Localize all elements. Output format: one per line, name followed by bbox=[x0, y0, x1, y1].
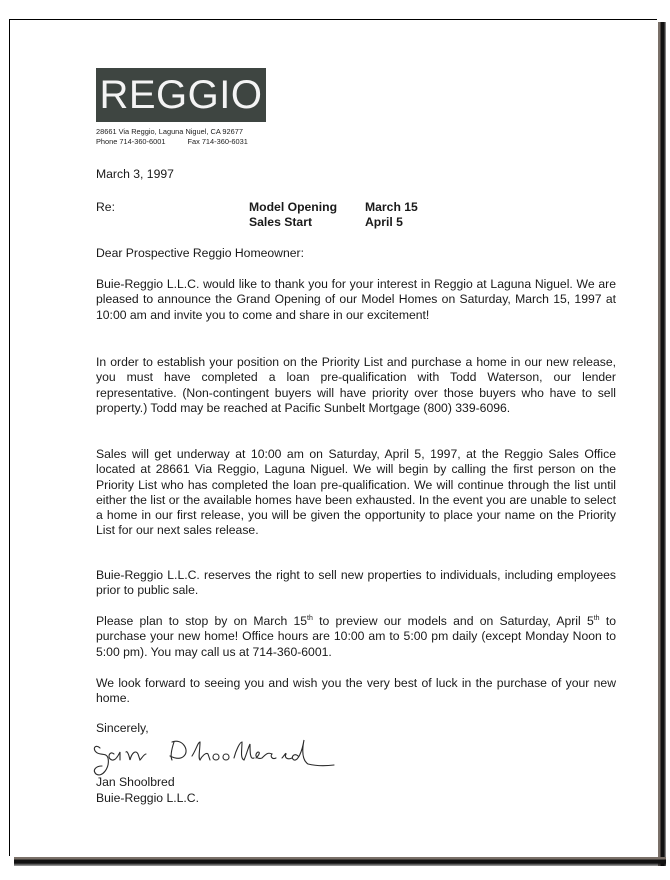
paragraph-sales-start: Sales will get underway at 10:00 am on S… bbox=[96, 447, 616, 539]
letterhead-address-block: 28661 Via Reggio, Laguna Niguel, CA 9267… bbox=[96, 127, 248, 147]
re-event: Model Opening bbox=[249, 200, 365, 215]
signer-name: Jan Shoolbred bbox=[96, 775, 175, 790]
letterhead-phone: Phone 714-360-6001 bbox=[96, 137, 165, 146]
letterhead-address: 28661 Via Reggio, Laguna Niguel, CA 9267… bbox=[96, 127, 248, 137]
re-date: April 5 bbox=[365, 215, 403, 230]
logo-text: REGGIO bbox=[99, 75, 262, 115]
re-subject-table: Model Opening March 15 Sales Start April… bbox=[249, 200, 418, 230]
text-segment: Please plan to stop by on March 15 bbox=[96, 614, 307, 628]
re-label: Re: bbox=[96, 200, 115, 215]
signer-company: Buie-Reggio L.L.C. bbox=[96, 791, 199, 806]
salutation: Dear Prospective Reggio Homeowner: bbox=[96, 246, 304, 261]
page-shadow-right bbox=[658, 22, 666, 866]
re-row: Sales Start April 5 bbox=[249, 215, 418, 230]
paragraph-grand-opening: Buie-Reggio L.L.C. would like to thank y… bbox=[96, 277, 616, 323]
paragraph-visit-invitation: Please plan to stop by on March 15th to … bbox=[96, 614, 616, 660]
paragraph-closing-wish: We look forward to seeing you and wish y… bbox=[96, 676, 616, 707]
text-segment: to preview our models and on Saturday, A… bbox=[313, 614, 594, 628]
letterhead-fax: Fax 714-360-6031 bbox=[187, 137, 247, 146]
letterhead-contact: Phone 714-360-6001Fax 714-360-6031 bbox=[96, 137, 248, 147]
re-event: Sales Start bbox=[249, 215, 365, 230]
page-shadow-bottom bbox=[14, 857, 666, 866]
letter-page: REGGIO 28661 Via Reggio, Laguna Niguel, … bbox=[9, 19, 657, 856]
reggio-logo: REGGIO bbox=[96, 68, 266, 122]
re-row: Model Opening March 15 bbox=[249, 200, 418, 215]
paragraph-reservation-rights: Buie-Reggio L.L.C. reserves the right to… bbox=[96, 568, 616, 599]
re-date: March 15 bbox=[365, 200, 418, 215]
letter-date: March 3, 1997 bbox=[96, 167, 174, 182]
paragraph-priority-list: In order to establish your position on t… bbox=[96, 355, 616, 416]
